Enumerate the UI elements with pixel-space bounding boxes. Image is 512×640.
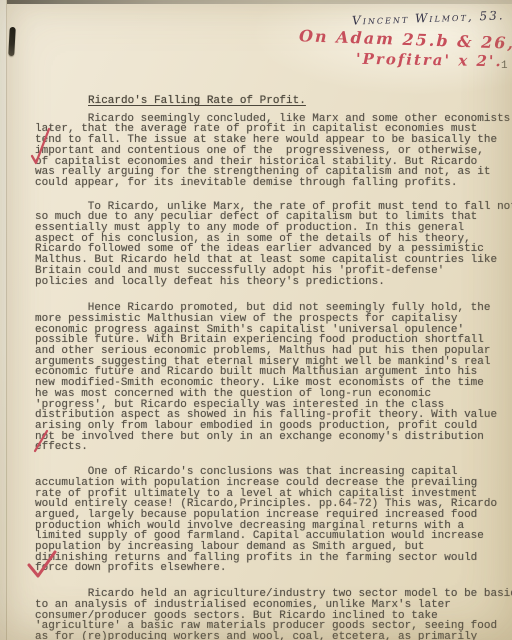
paragraph: To Ricardo, unlike Marx, the rate of pro…: [35, 202, 509, 288]
page-number: 1: [501, 60, 508, 72]
typed-text-column: Ricardo's Falling Rate of Profit. Ricard…: [35, 96, 509, 640]
paragraph: Ricardo seemingly concluded, like Marx a…: [35, 114, 509, 189]
paragraph: One of Ricardo's conclusions was that in…: [35, 467, 509, 574]
scan-left-edge: [0, 0, 7, 640]
red-check-mark-icon: [27, 549, 57, 579]
red-check-mark-icon: [30, 127, 52, 165]
red-slash-mark-icon: [33, 429, 49, 453]
scan-top-edge: [0, 0, 512, 4]
paragraph: Hence Ricardo promoted, but did not seem…: [35, 303, 509, 453]
paragraph: Ricardo held an agriculture/industry two…: [35, 589, 509, 640]
document-title: Ricardo's Falling Rate of Profit.: [88, 96, 509, 107]
owner-signature: Vincent Wilmot, 53.: [352, 8, 505, 27]
red-annotation-line2: 'Profitra' x 2'.: [356, 50, 503, 71]
scanned-document-page: Vincent Wilmot, 53. On Adam 25.b & 26, '…: [0, 0, 512, 640]
black-ink-mark: [8, 27, 16, 56]
red-annotation-line1: On Adam 25.b & 26,: [299, 26, 512, 53]
